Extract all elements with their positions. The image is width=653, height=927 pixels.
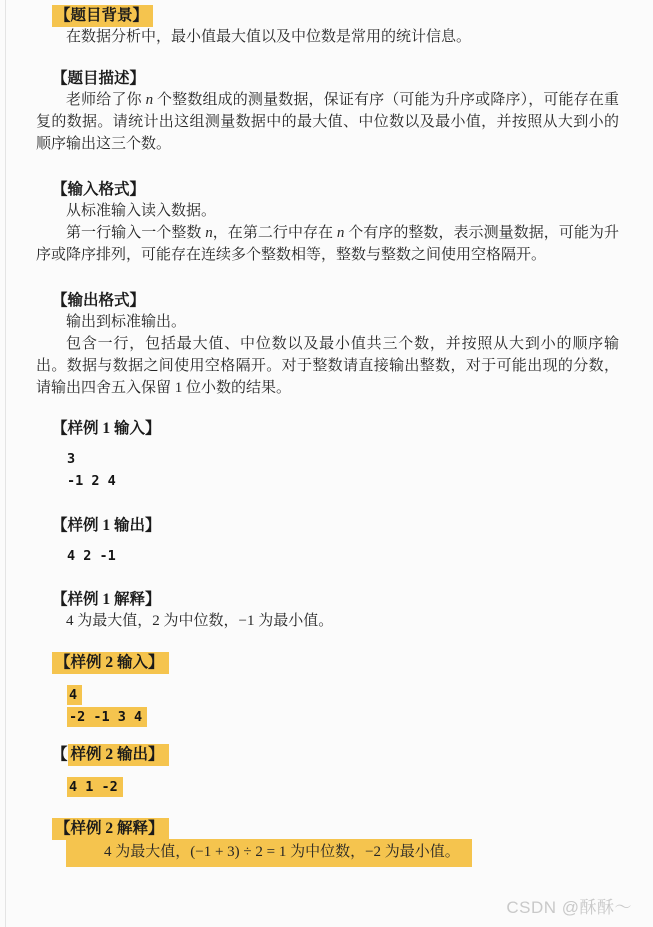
page-left-divider bbox=[5, 0, 6, 927]
section-title-input-format: 【输入格式】 bbox=[52, 179, 619, 200]
output-format-paragraph-1: 输出到标准输出。 bbox=[36, 311, 619, 333]
section-title-background: 【题目背景】 bbox=[52, 5, 619, 26]
sample2-output-bracket: 【 bbox=[52, 746, 68, 763]
section-title-sample2-explain: 【样例 2 解释】 bbox=[52, 818, 619, 839]
section-title-sample1-explain: 【样例 1 解释】 bbox=[52, 589, 619, 610]
code-line: -1 2 4 bbox=[67, 470, 619, 492]
sample1-output-code: 4 2 -1 bbox=[67, 545, 619, 567]
problem-document: 【题目背景】 在数据分析中，最小值最大值以及中位数是常用的统计信息。 【题目描述… bbox=[0, 0, 653, 867]
section-title-background-label: 【题目背景】 bbox=[52, 5, 153, 27]
csdn-watermark: CSDN @酥酥～ bbox=[506, 893, 632, 918]
section-title-sample1-input: 【样例 1 输入】 bbox=[52, 418, 619, 439]
section-title-sample2-input: 【样例 2 输入】 bbox=[52, 652, 619, 673]
section-title-output-format: 【输出格式】 bbox=[52, 290, 619, 311]
code-line: 4 2 -1 bbox=[67, 545, 619, 567]
section-title-sample2-input-label: 【样例 2 输入】 bbox=[52, 652, 169, 674]
input-format-paragraph-1: 从标准输入读入数据。 bbox=[36, 200, 619, 222]
input-format-paragraph-2: 第一行输入一个整数 n，在第二行中存在 n 个有序的整数，表示测量数据，可能为升… bbox=[36, 222, 619, 266]
code-line: -2 -1 3 4 bbox=[67, 706, 619, 728]
sample1-input-code: 3-1 2 4 bbox=[67, 448, 619, 492]
code-line: 4 1 -2 bbox=[67, 776, 619, 798]
sample2-explain-paragraph: 4 为最大值，(−1 + 3) ÷ 2 = 1 为中位数，−2 为最小值。 bbox=[36, 839, 619, 867]
section-title-sample2-output: 【样例 2 输出】 bbox=[52, 744, 619, 765]
section-title-sample1-output: 【样例 1 输出】 bbox=[52, 515, 619, 536]
output-format-paragraph-2: 包含一行，包括最大值、中位数以及最小值共三个数，并按照从大到小的顺序输出。数据与… bbox=[36, 333, 619, 399]
code-line: 3 bbox=[67, 448, 619, 470]
section-title-description: 【题目描述】 bbox=[52, 68, 619, 89]
sample2-output-code: 4 1 -2 bbox=[67, 776, 619, 798]
code-line: 4 bbox=[67, 684, 619, 706]
sample1-explain-paragraph: 4 为最大值，2 为中位数，−1 为最小值。 bbox=[36, 610, 619, 632]
section-title-sample2-output-label: 样例 2 输出】 bbox=[68, 744, 169, 766]
sample2-input-code: 4-2 -1 3 4 bbox=[67, 684, 619, 728]
background-paragraph: 在数据分析中，最小值最大值以及中位数是常用的统计信息。 bbox=[36, 26, 619, 48]
description-paragraph: 老师给了你 n 个整数组成的测量数据，保证有序（可能为升序或降序），可能存在重复… bbox=[36, 89, 619, 155]
sample2-explain-highlight: 4 为最大值，(−1 + 3) ÷ 2 = 1 为中位数，−2 为最小值。 bbox=[66, 839, 472, 867]
section-title-sample2-explain-label: 【样例 2 解释】 bbox=[52, 818, 169, 840]
